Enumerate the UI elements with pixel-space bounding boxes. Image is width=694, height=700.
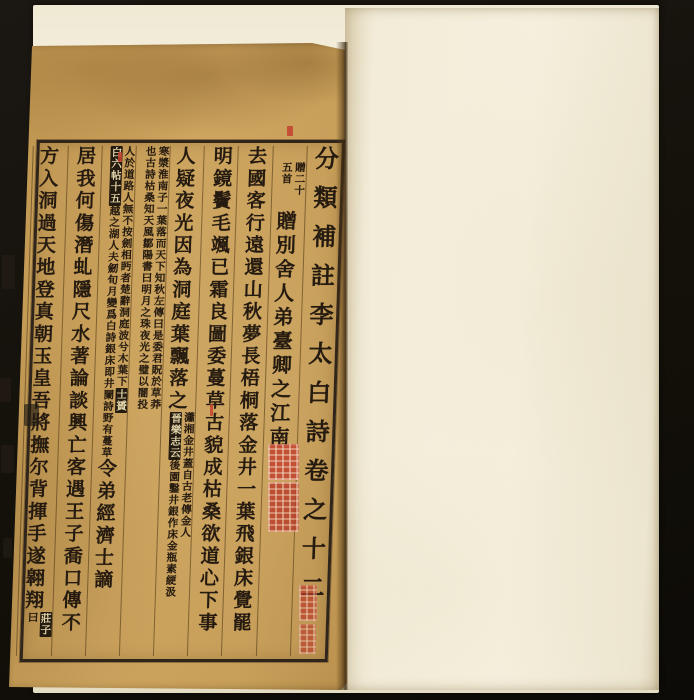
spacer: [285, 197, 286, 211]
red-seal-margin-upper: [299, 585, 317, 621]
small-commentary-block: 莊子曰: [25, 612, 52, 637]
photograph-background: 分類補註李太白詩卷之十二贈二十五首贈別舍人弟臺卿之江南去國客行遠還山秋夢長梧桐落…: [0, 0, 694, 700]
spacer: [287, 146, 289, 162]
red-mark: [118, 152, 122, 162]
commentary-right-line: 莊子: [38, 612, 52, 637]
commentary-left-line: 曰: [25, 612, 39, 637]
small-commentary-block: 贈二十五首: [279, 162, 306, 197]
right-blank-page: [345, 8, 659, 690]
poem-text: 方入洞過天地登真朝玉皇吾將撫尔背揮手遂翱翔: [22, 146, 59, 612]
poem-text: 人疑夜光因為洞庭葉飄落之: [165, 146, 196, 412]
damage-spot: [24, 404, 39, 426]
commentary-right-line: 贈二十: [292, 162, 306, 197]
commentary-text: 五首: [280, 162, 293, 185]
text-block: 分類補註李太白詩卷之十二贈二十五首贈別舍人弟臺卿之江南去國客行遠還山秋夢長梧桐落…: [23, 143, 342, 659]
commentary-text: 曰: [26, 612, 38, 624]
red-seal-lower: [268, 482, 299, 532]
citation-cartouche: 莊子: [39, 612, 52, 637]
citation-cartouche: 晉樂志云: [169, 412, 183, 460]
red-mark: [210, 404, 213, 416]
commentary-left-line: 五首: [279, 162, 293, 197]
citation-cartouche: 士贇: [115, 388, 128, 413]
red-seal-margin-lower: [299, 624, 316, 654]
poem-title-text: 贈別舍人弟臺卿之江南: [266, 211, 298, 451]
left-printed-page: 分類補註李太白詩卷之十二贈二十五首贈別舍人弟臺卿之江南去國客行遠還山秋夢長梧桐落…: [9, 43, 347, 690]
poem-text: 令弟經濟士謫: [91, 459, 117, 592]
text-frame: 分類補註李太白詩卷之十二贈二十五首贈別舍人弟臺卿之江南去國客行遠還山秋夢長梧桐落…: [20, 140, 345, 662]
commentary-text: 贈二十: [293, 162, 306, 197]
red-seal-upper: [268, 444, 299, 480]
damage-spot: [3, 538, 12, 558]
page-fold-shadow: [336, 42, 348, 690]
damage-spot: [1, 445, 14, 473]
damage-spot: [2, 255, 15, 289]
damage-spot: [0, 378, 11, 402]
red-mark: [287, 126, 293, 136]
